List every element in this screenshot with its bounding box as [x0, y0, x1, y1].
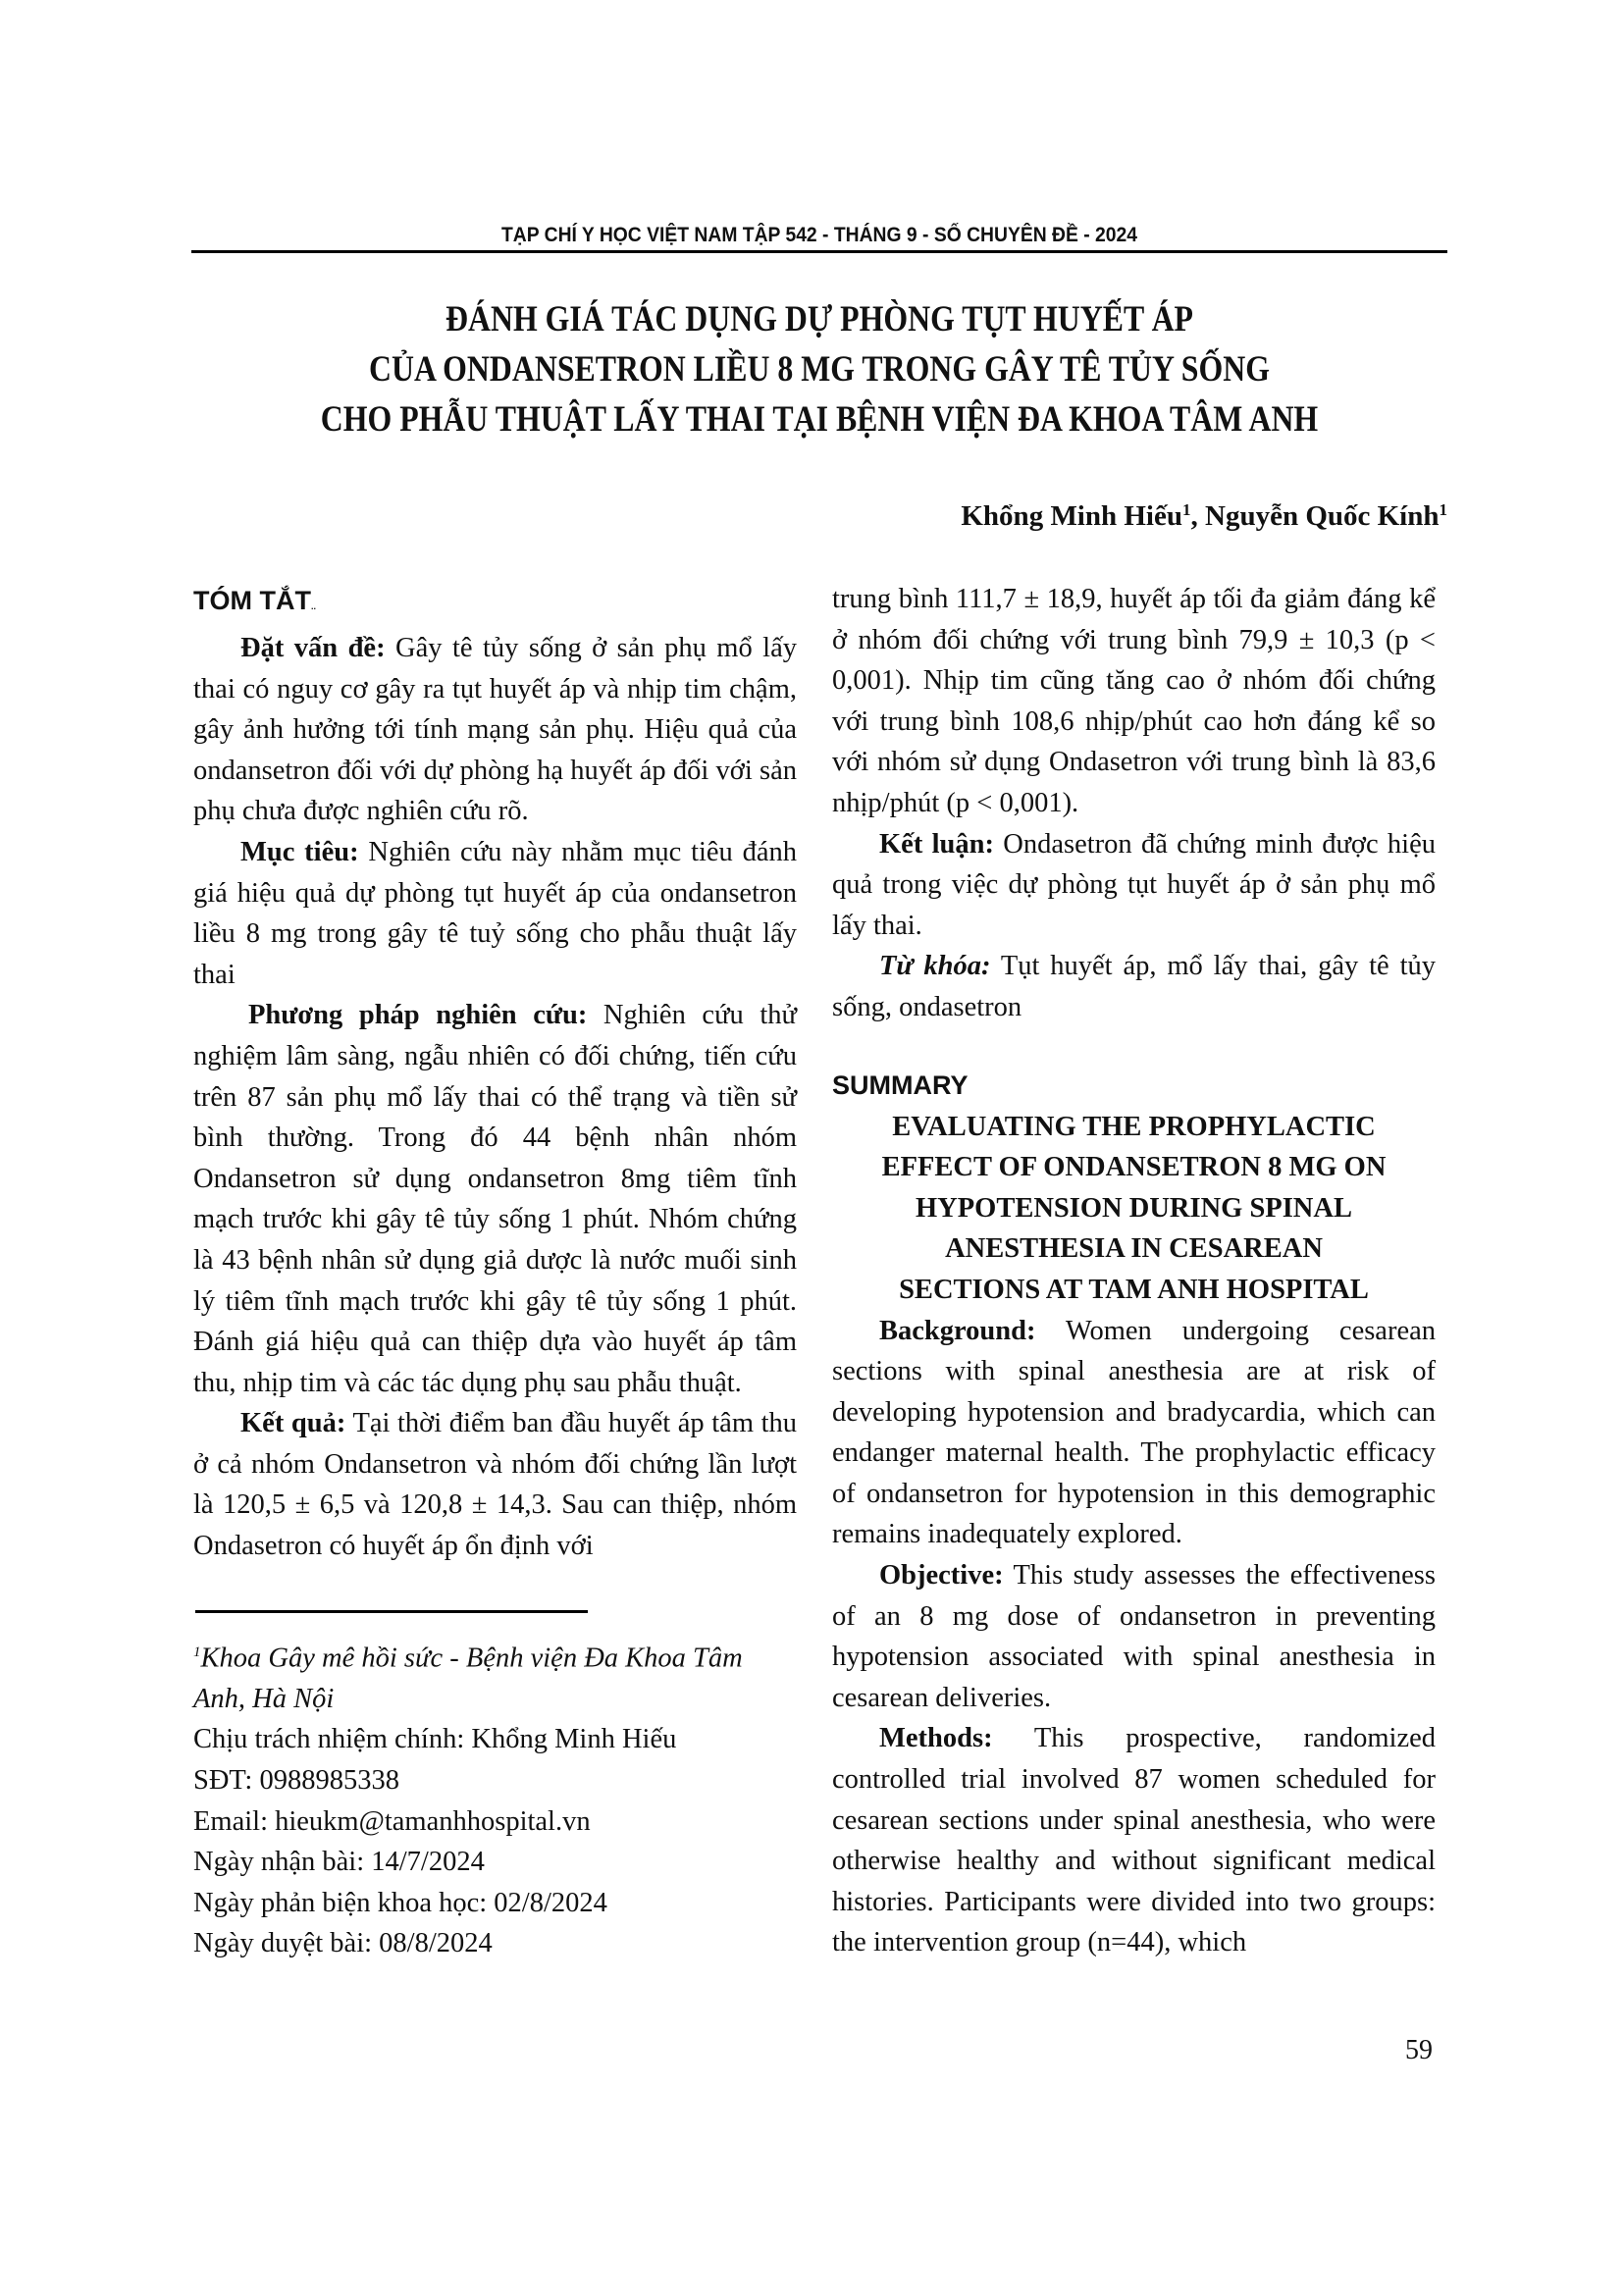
title-line: CỦA ONDANSETRON LIỀU 8 MG TRONG GÂY TÊ T…: [280, 344, 1360, 394]
date-reviewed: Ngày phản biện khoa học: 02/8/2024: [193, 1883, 797, 1924]
label: Objective:: [879, 1560, 1004, 1591]
label: Methods:: [879, 1723, 993, 1753]
affiliation-mark: 1: [193, 1644, 201, 1660]
label: Đặt vấn đề:: [240, 633, 386, 663]
footnote: 1Khoa Gây mê hồi sức - Bệnh viện Đa Khoa…: [193, 1633, 797, 1964]
paragraph-text: This prospective, randomized controlled …: [832, 1723, 1436, 1957]
page-number: 59: [1405, 2035, 1433, 2066]
title-line: EVALUATING THE PROPHYLACTIC: [832, 1107, 1436, 1148]
right-column: trung bình 111,7 ± 18,9, huyết áp tối đa…: [832, 579, 1436, 1963]
header-rule: [191, 250, 1447, 253]
english-title: EVALUATING THE PROPHYLACTIC EFFECT OF ON…: [832, 1107, 1436, 1311]
heading-text: TÓM TẮT: [193, 586, 311, 615]
summary-objective: Objective: This study assesses the effec…: [832, 1555, 1436, 1718]
affiliation-text: Khoa Gây mê hồi sức - Bệnh viện Đa Khoa …: [193, 1643, 743, 1714]
left-column: TÓM TẮT.. Đặt vấn đề: Gây tê tủy sống ở …: [193, 579, 797, 1964]
author-list: Khổng Minh Hiếu1, Nguyễn Quốc Kính1: [961, 500, 1447, 533]
label: Background:: [879, 1316, 1035, 1346]
affiliation: 1Khoa Gây mê hồi sức - Bệnh viện Đa Khoa…: [193, 1633, 797, 1720]
paragraph-text: Women undergoing cesarean sections with …: [832, 1316, 1436, 1550]
footnote-rule: [195, 1610, 588, 1613]
abstract-conclusion: Kết luận: Ondasetron đã chứng minh được …: [832, 824, 1436, 947]
author-name: Nguyễn Quốc Kính: [1205, 500, 1440, 532]
email: Email: hieukm@tamanhhospital.vn: [193, 1801, 797, 1843]
affiliation-mark: 1: [1182, 500, 1191, 519]
heading-mark: ..: [311, 601, 316, 611]
title-line: EFFECT OF ONDANSETRON 8 MG ON: [832, 1147, 1436, 1188]
paragraph-text: Nghiên cứu thử nghiệm lâm sàng, ngẫu nhi…: [193, 1000, 797, 1397]
label: Từ khóa:: [879, 951, 990, 981]
summary-background: Background: Women undergoing cesarean se…: [832, 1311, 1436, 1556]
date-accepted: Ngày duyệt bài: 08/8/2024: [193, 1923, 797, 1964]
title-line: CHO PHẪU THUẬT LẤY THAI TẠI BỆNH VIỆN ĐA…: [280, 394, 1360, 444]
corresponding-author: Chịu trách nhiệm chính: Khổng Minh Hiếu: [193, 1719, 797, 1760]
date-received: Ngày nhận bài: 14/7/2024: [193, 1842, 797, 1883]
label: Kết quả:: [240, 1408, 345, 1438]
summary-heading: SUMMARY: [832, 1064, 1436, 1107]
article-title: ĐÁNH GIÁ TÁC DỤNG DỰ PHÒNG TỤT HUYẾT ÁP …: [191, 294, 1447, 444]
phone: SĐT: 0988985338: [193, 1760, 797, 1801]
title-line: SECTIONS AT TAM ANH HOSPITAL: [832, 1270, 1436, 1311]
summary-methods: Methods: This prospective, randomized co…: [832, 1718, 1436, 1963]
running-header: TẠP CHÍ Y HỌC VIỆT NAM TẬP 542 - THÁNG 9…: [241, 224, 1397, 247]
abstract-vi-heading: TÓM TẮT..: [193, 579, 797, 628]
author-separator: ,: [1191, 500, 1206, 532]
keywords: Từ khóa: Tụt huyết áp, mổ lấy thai, gây …: [832, 946, 1436, 1027]
affiliation-mark: 1: [1440, 500, 1448, 519]
title-line: HYPOTENSION DURING SPINAL: [832, 1188, 1436, 1229]
abstract-results-continued: trung bình 111,7 ± 18,9, huyết áp tối đa…: [832, 579, 1436, 824]
label: Kết luận:: [879, 829, 994, 860]
abstract-background: Đặt vấn đề: Gây tê tủy sống ở sản phụ mổ…: [193, 628, 797, 832]
abstract-objective: Mục tiêu: Nghiên cứu này nhằm mục tiêu đ…: [193, 832, 797, 995]
label: Phương pháp nghiên cứu:: [248, 1000, 587, 1030]
journal-page: TẠP CHÍ Y HỌC VIỆT NAM TẬP 542 - THÁNG 9…: [0, 0, 1624, 2296]
title-line: ĐÁNH GIÁ TÁC DỤNG DỰ PHÒNG TỤT HUYẾT ÁP: [280, 294, 1360, 344]
label: Mục tiêu:: [240, 837, 359, 867]
title-line: ANESTHESIA IN CESAREAN: [832, 1228, 1436, 1270]
author-name: Khổng Minh Hiếu: [961, 500, 1182, 532]
abstract-results: Kết quả: Tại thời điểm ban đầu huyết áp …: [193, 1403, 797, 1566]
abstract-methods: Phương pháp nghiên cứu: Nghiên cứu thử n…: [193, 995, 797, 1403]
